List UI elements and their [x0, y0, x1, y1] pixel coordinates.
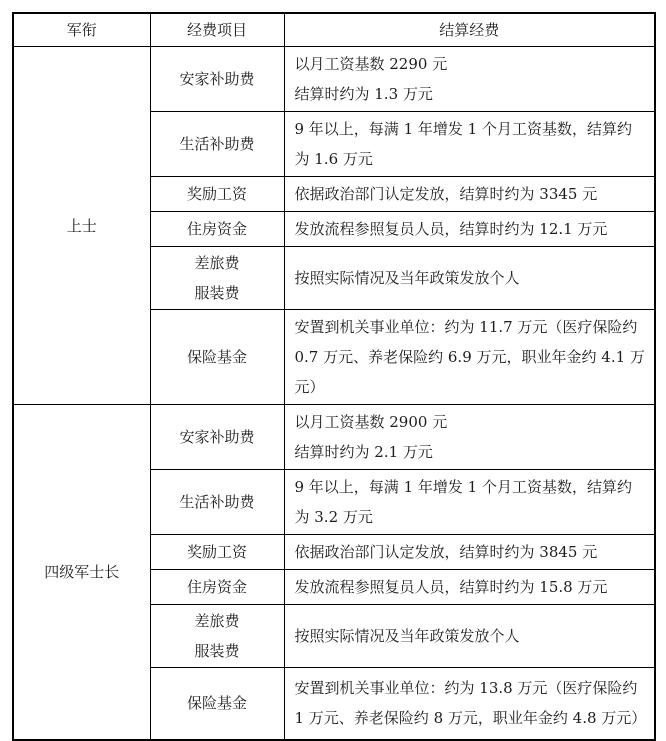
- item-cell: 生活补助费: [150, 112, 284, 177]
- detail-cell: 依据政治部门认定发放，结算时约为 3845 元: [284, 535, 655, 570]
- item-cell: 住房资金: [150, 212, 284, 247]
- item-cell: 生活补助费: [150, 470, 284, 535]
- detail-cell: 以月工资基数 2290 元 结算时约为 1.3 万元: [284, 47, 655, 112]
- detail-cell: 安置到机关事业单位：约为 13.8 万元（医疗保险约 1 万元、养老保险约 8 …: [284, 668, 655, 740]
- item-cell: 奖励工资: [150, 535, 284, 570]
- detail-cell: 发放流程参照复员人员，结算时约为 12.1 万元: [284, 212, 655, 247]
- detail-cell: 9 年以上，每满 1 年增发 1 个月工资基数，结算约为 3.2 万元: [284, 470, 655, 535]
- item-cell: 安家补助费: [150, 405, 284, 470]
- rank-cell-group2: 四级军士长: [13, 405, 150, 740]
- detail-cell: 依据政治部门认定发放，结算时约为 3345 元: [284, 177, 655, 212]
- detail-cell: 安置到机关事业单位：约为 11.7 万元（医疗保险约 0.7 万元、养老保险约 …: [284, 310, 655, 405]
- document-page: 军衔 经费项目 结算经费 上士 安家补助费 以月工资基数 2290 元 结算时约…: [0, 0, 666, 741]
- rank-cell-group1: 上士: [13, 47, 150, 405]
- detail-cell: 发放流程参照复员人员，结算时约为 15.8 万元: [284, 570, 655, 605]
- item-cell: 差旅费 服装费: [150, 247, 284, 310]
- item-cell: 安家补助费: [150, 47, 284, 112]
- severance-fund-table: 军衔 经费项目 结算经费 上士 安家补助费 以月工资基数 2290 元 结算时约…: [12, 12, 656, 741]
- header-item: 经费项目: [150, 13, 284, 47]
- header-detail: 结算经费: [284, 13, 655, 47]
- detail-cell: 以月工资基数 2900 元 结算时约为 2.1 万元: [284, 405, 655, 470]
- item-cell: 差旅费 服装费: [150, 605, 284, 668]
- detail-cell: 9 年以上，每满 1 年增发 1 个月工资基数，结算约为 1.6 万元: [284, 112, 655, 177]
- detail-cell: 按照实际情况及当年政策发放个人: [284, 247, 655, 310]
- table-row: 四级军士长 安家补助费 以月工资基数 2900 元 结算时约为 2.1 万元: [13, 405, 655, 470]
- table-header-row: 军衔 经费项目 结算经费: [13, 13, 655, 47]
- item-cell: 保险基金: [150, 668, 284, 740]
- item-cell: 保险基金: [150, 310, 284, 405]
- header-rank: 军衔: [13, 13, 150, 47]
- detail-cell: 按照实际情况及当年政策发放个人: [284, 605, 655, 668]
- item-cell: 住房资金: [150, 570, 284, 605]
- item-cell: 奖励工资: [150, 177, 284, 212]
- table-row: 上士 安家补助费 以月工资基数 2290 元 结算时约为 1.3 万元: [13, 47, 655, 112]
